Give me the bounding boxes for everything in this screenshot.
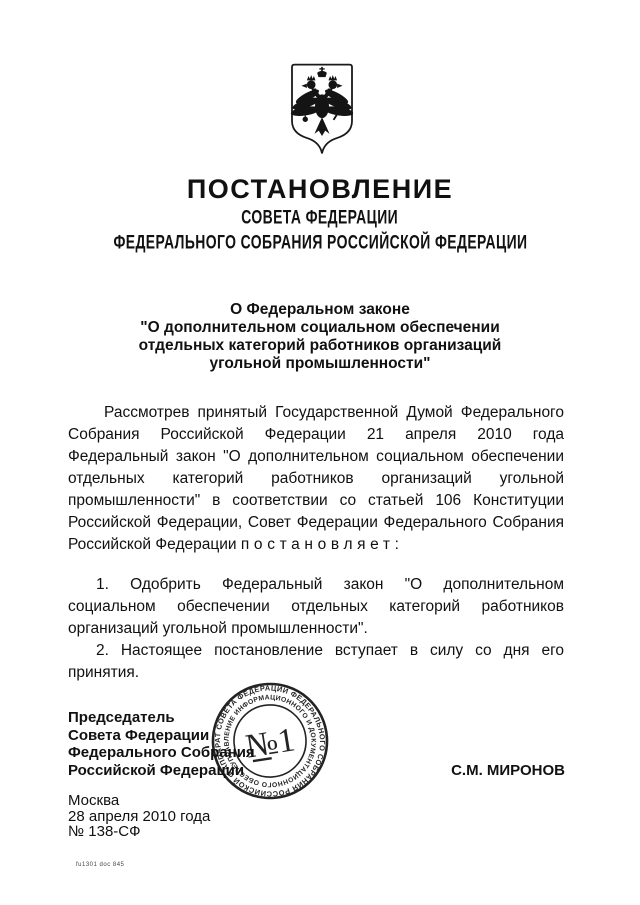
signer-name: С.М. МИРОНОВ [420,762,565,779]
issuance-block: Москва 28 апреля 2010 года № 138-СФ [68,793,210,840]
doc-title: ПОСТАНОВЛЕНИЕ [0,176,640,203]
issuance-number: № 138-СФ [68,824,210,840]
document-page: ПОСТАНОВЛЕНИЕ СОВЕТА ФЕДЕРАЦИИ ФЕДЕРАЛЬН… [0,0,640,905]
subject-line: О Федеральном законе [0,301,640,319]
preamble-text: Рассмотрев принятый Государственной Думо… [68,404,564,553]
subject-heading: О Федеральном законе "О дополнительном с… [0,301,640,373]
doc-subtitle-1: СОВЕТА ФЕДЕРАЦИИ [0,208,640,228]
footer-file-code: fu1301 doc 845 [76,862,124,868]
issuance-city: Москва [68,793,210,809]
issuance-date: 28 апреля 2010 года [68,809,210,825]
russian-coat-of-arms-icon [286,60,358,158]
subject-line: "О дополнительном социальном обеспечении [0,319,640,337]
resolution-item-1: 1. Одобрить Федеральный закон "О дополни… [68,574,564,640]
registration-stamp: АППАРАТ СОВЕТА ФЕДЕРАЦИИ ФЕДЕРАЛЬНОГО СО… [205,676,335,806]
subject-line: угольной промышленности" [0,355,640,373]
body-text: Рассмотрев принятый Государственной Думо… [68,402,564,684]
doc-subtitle-2: ФЕДЕРАЛЬНОГО СОБРАНИЯ РОССИЙСКОЙ ФЕДЕРАЦ… [0,233,640,253]
subject-line: отдельных категорий работников организац… [0,337,640,355]
title-block: ПОСТАНОВЛЕНИЕ СОВЕТА ФЕДЕРАЦИИ ФЕДЕРАЛЬН… [0,176,640,253]
preamble-paragraph: Рассмотрев принятый Государственной Думо… [68,402,564,556]
decree-word: постановляет: [241,536,404,553]
